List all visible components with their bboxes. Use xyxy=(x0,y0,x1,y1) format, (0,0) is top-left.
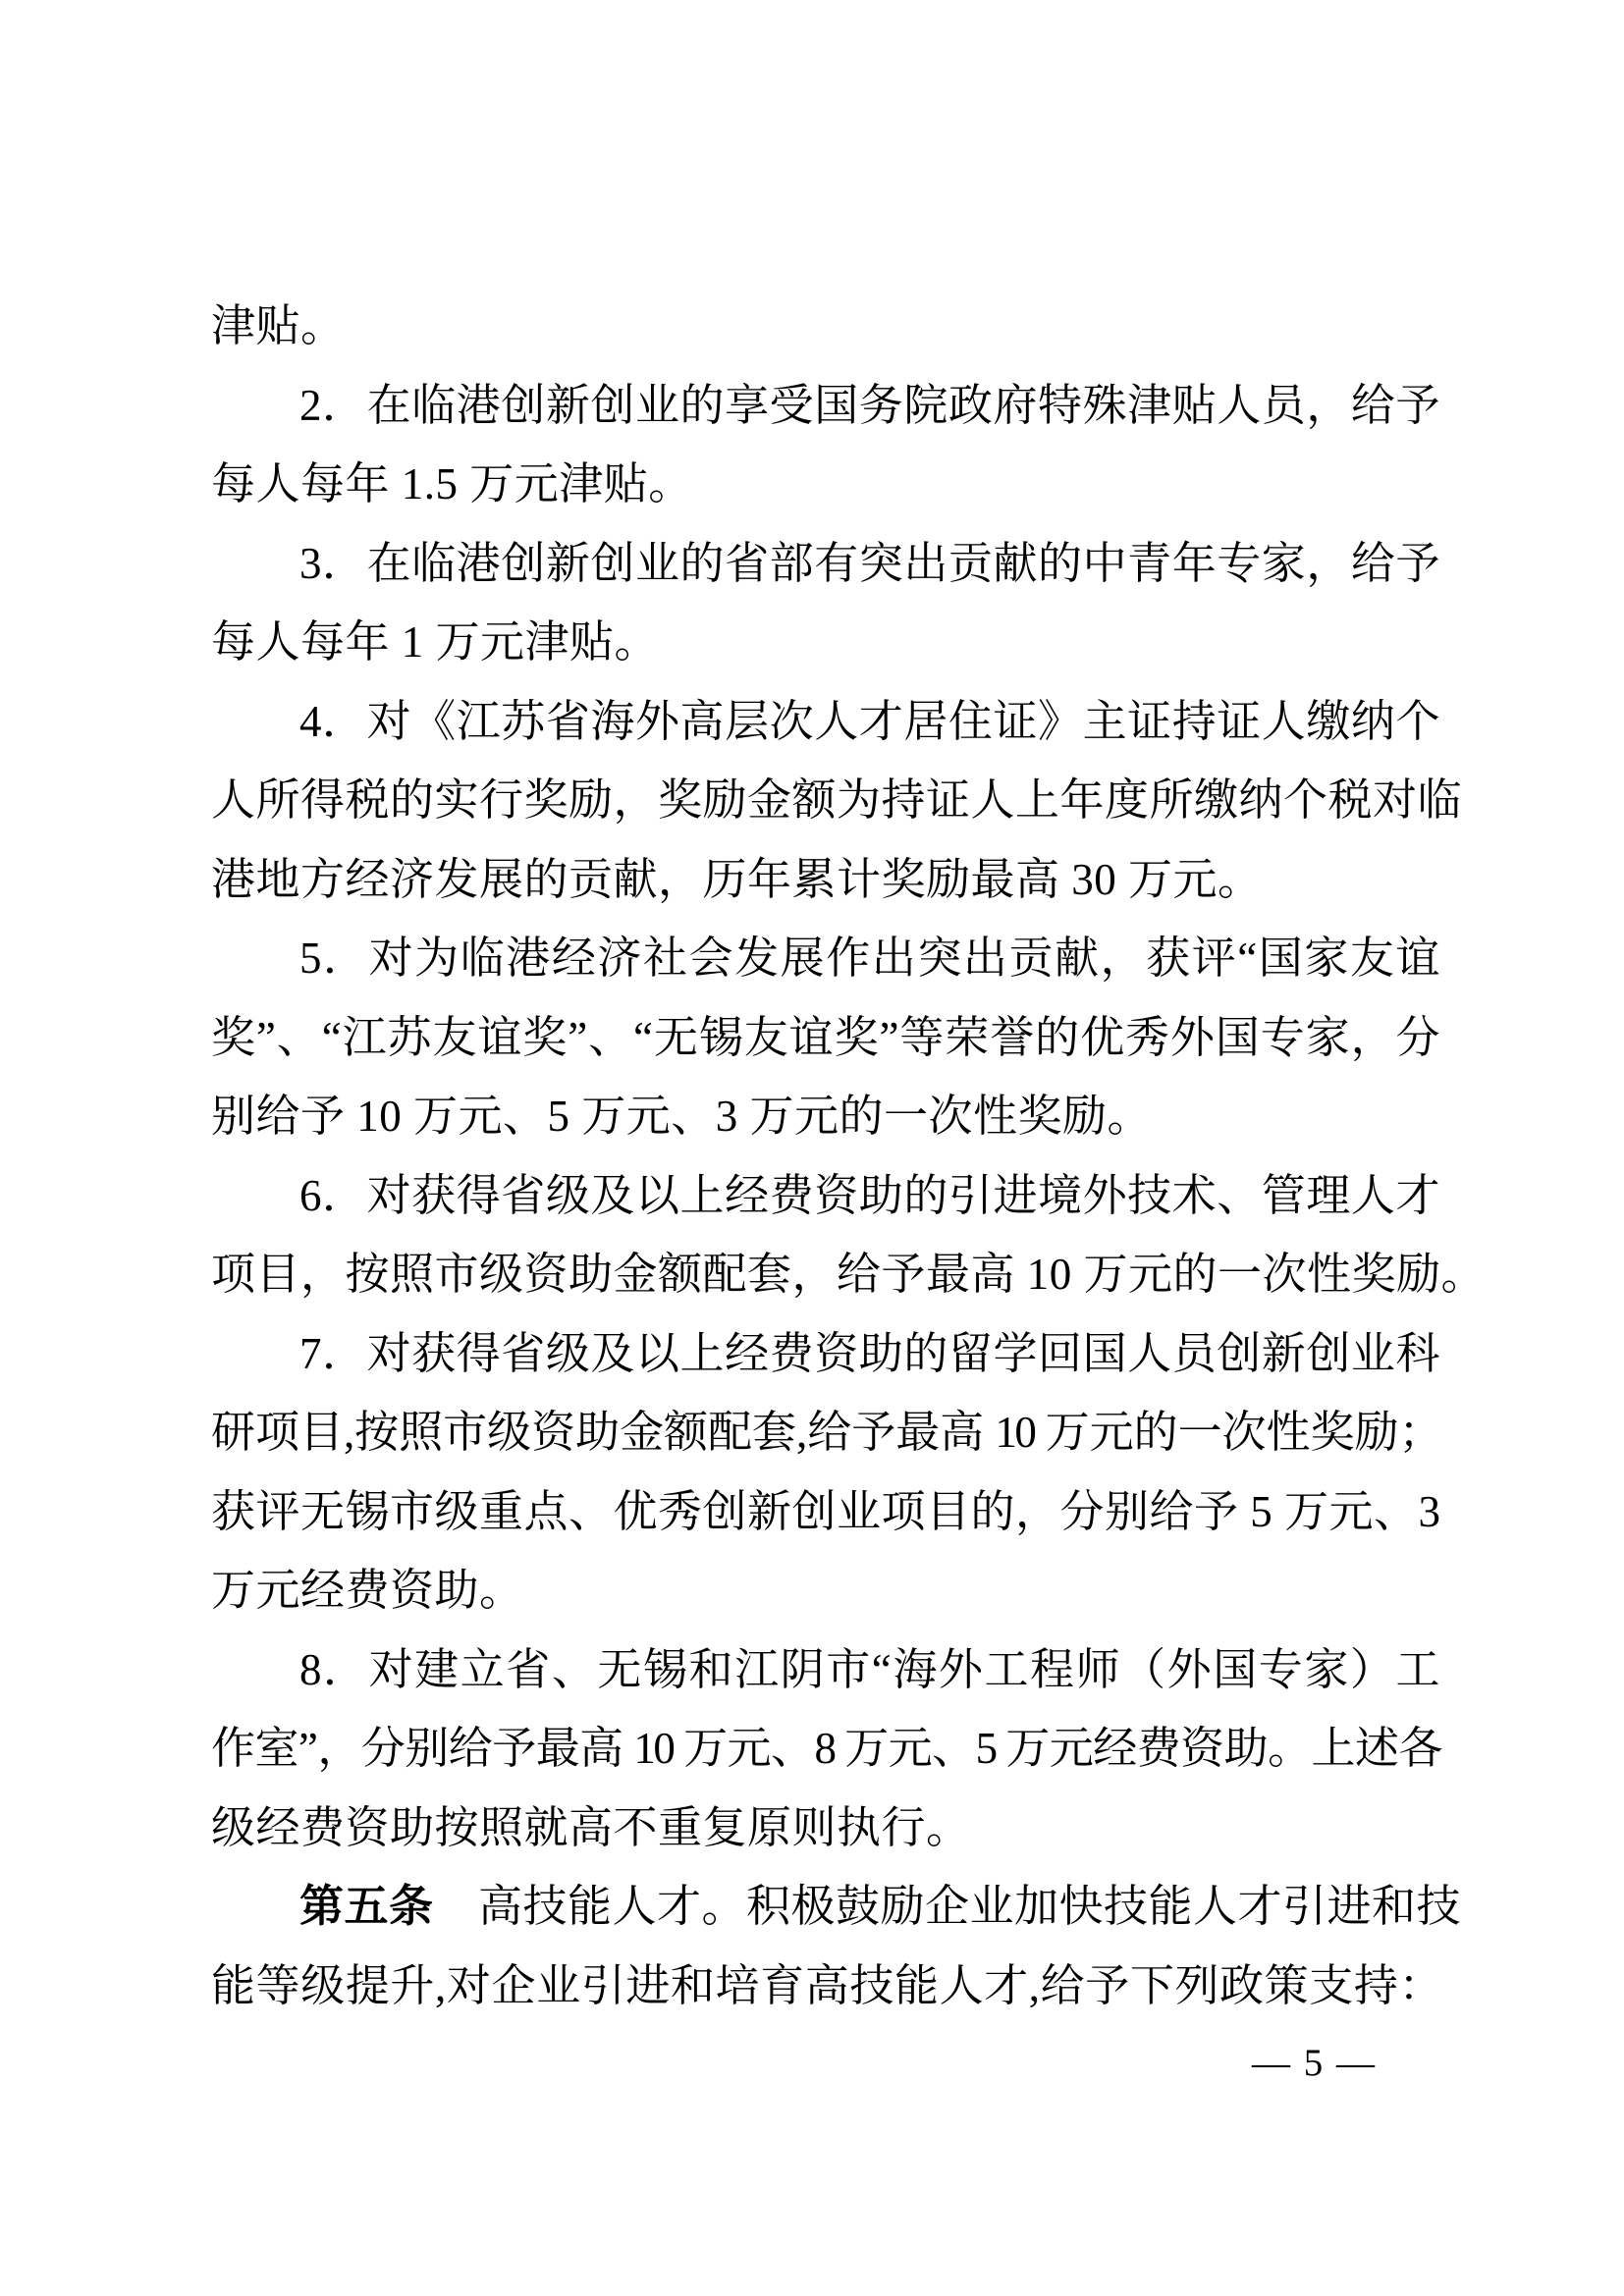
text-line: 6．对获得省级及以上经费资助的引进境外技术、管理人才 xyxy=(211,1156,1440,1236)
text-line: 人所得税的实行奖励，奖励金额为持证人上年度所缴纳个税对临 xyxy=(211,761,1440,840)
text-line: 研项目,按照市级资助金额配套,给予最高 10 万元的一次性奖励； xyxy=(211,1393,1440,1472)
text-line: 级经费资助按照就高不重复原则执行。 xyxy=(211,1789,1440,1868)
text-line: 第五条 高技能人才。积极鼓励企业加快技能人才引进和技 xyxy=(211,1867,1440,1947)
text-line: 5．对为临港经济社会发展作出突出贡献，获评“国家友谊 xyxy=(211,919,1440,998)
text-line: 项目，按照市级资助金额配套，给予最高 10 万元的一次性奖励。 xyxy=(211,1235,1440,1314)
text-line: 万元经费资助。 xyxy=(211,1551,1440,1630)
document-body: 津贴。 2．在临港创新创业的享受国务院政府特殊津贴人员，给予 每人每年 1.5 … xyxy=(211,287,1440,2025)
text-line: 港地方经济发展的贡献，历年累计奖励最高 30 万元。 xyxy=(211,840,1440,920)
text-line: 每人每年 1.5 万元津贴。 xyxy=(211,445,1440,524)
article-number-heading: 第五条 xyxy=(299,1882,434,1931)
document-page: 津贴。 2．在临港创新创业的享受国务院政府特殊津贴人员，给予 每人每年 1.5 … xyxy=(0,0,1624,2296)
text-line: 别给予 10 万元、5 万元、3 万元的一次性奖励。 xyxy=(211,1077,1440,1156)
text-line: 获评无锡市级重点、优秀创新创业项目的，分别给予 5 万元、3 xyxy=(211,1472,1440,1552)
text-line: 7．对获得省级及以上经费资助的留学回国人员创新创业科 xyxy=(211,1314,1440,1394)
text-line: 每人每年 1 万元津贴。 xyxy=(211,603,1440,682)
page-number: — 5 — xyxy=(1252,2040,1377,2087)
text-line: 津贴。 xyxy=(211,287,1440,366)
text-line: 能等级提升,对企业引进和培育高技能人才,给予下列政策支持： xyxy=(211,1947,1440,2026)
text-line: 2．在临港创新创业的享受国务院政府特殊津贴人员，给予 xyxy=(211,366,1440,446)
article-heading-text: 高技能人才。积极鼓励企业加快技能人才引进和技 xyxy=(434,1882,1462,1931)
text-line: 3．在临港创新创业的省部有突出贡献的中青年专家，给予 xyxy=(211,524,1440,604)
text-line: 4．对《江苏省海外高层次人才居住证》主证持证人缴纳个 xyxy=(211,682,1440,762)
text-line: 8．对建立省、无锡和江阴市“海外工程师（外国专家）工 xyxy=(211,1630,1440,1710)
text-line: 奖”、“江苏友谊奖”、“无锡友谊奖”等荣誉的优秀外国专家，分 xyxy=(211,998,1440,1078)
text-line: 作室”，分别给予最高 10 万元、8 万元、5 万元经费资助。上述各 xyxy=(211,1709,1440,1789)
